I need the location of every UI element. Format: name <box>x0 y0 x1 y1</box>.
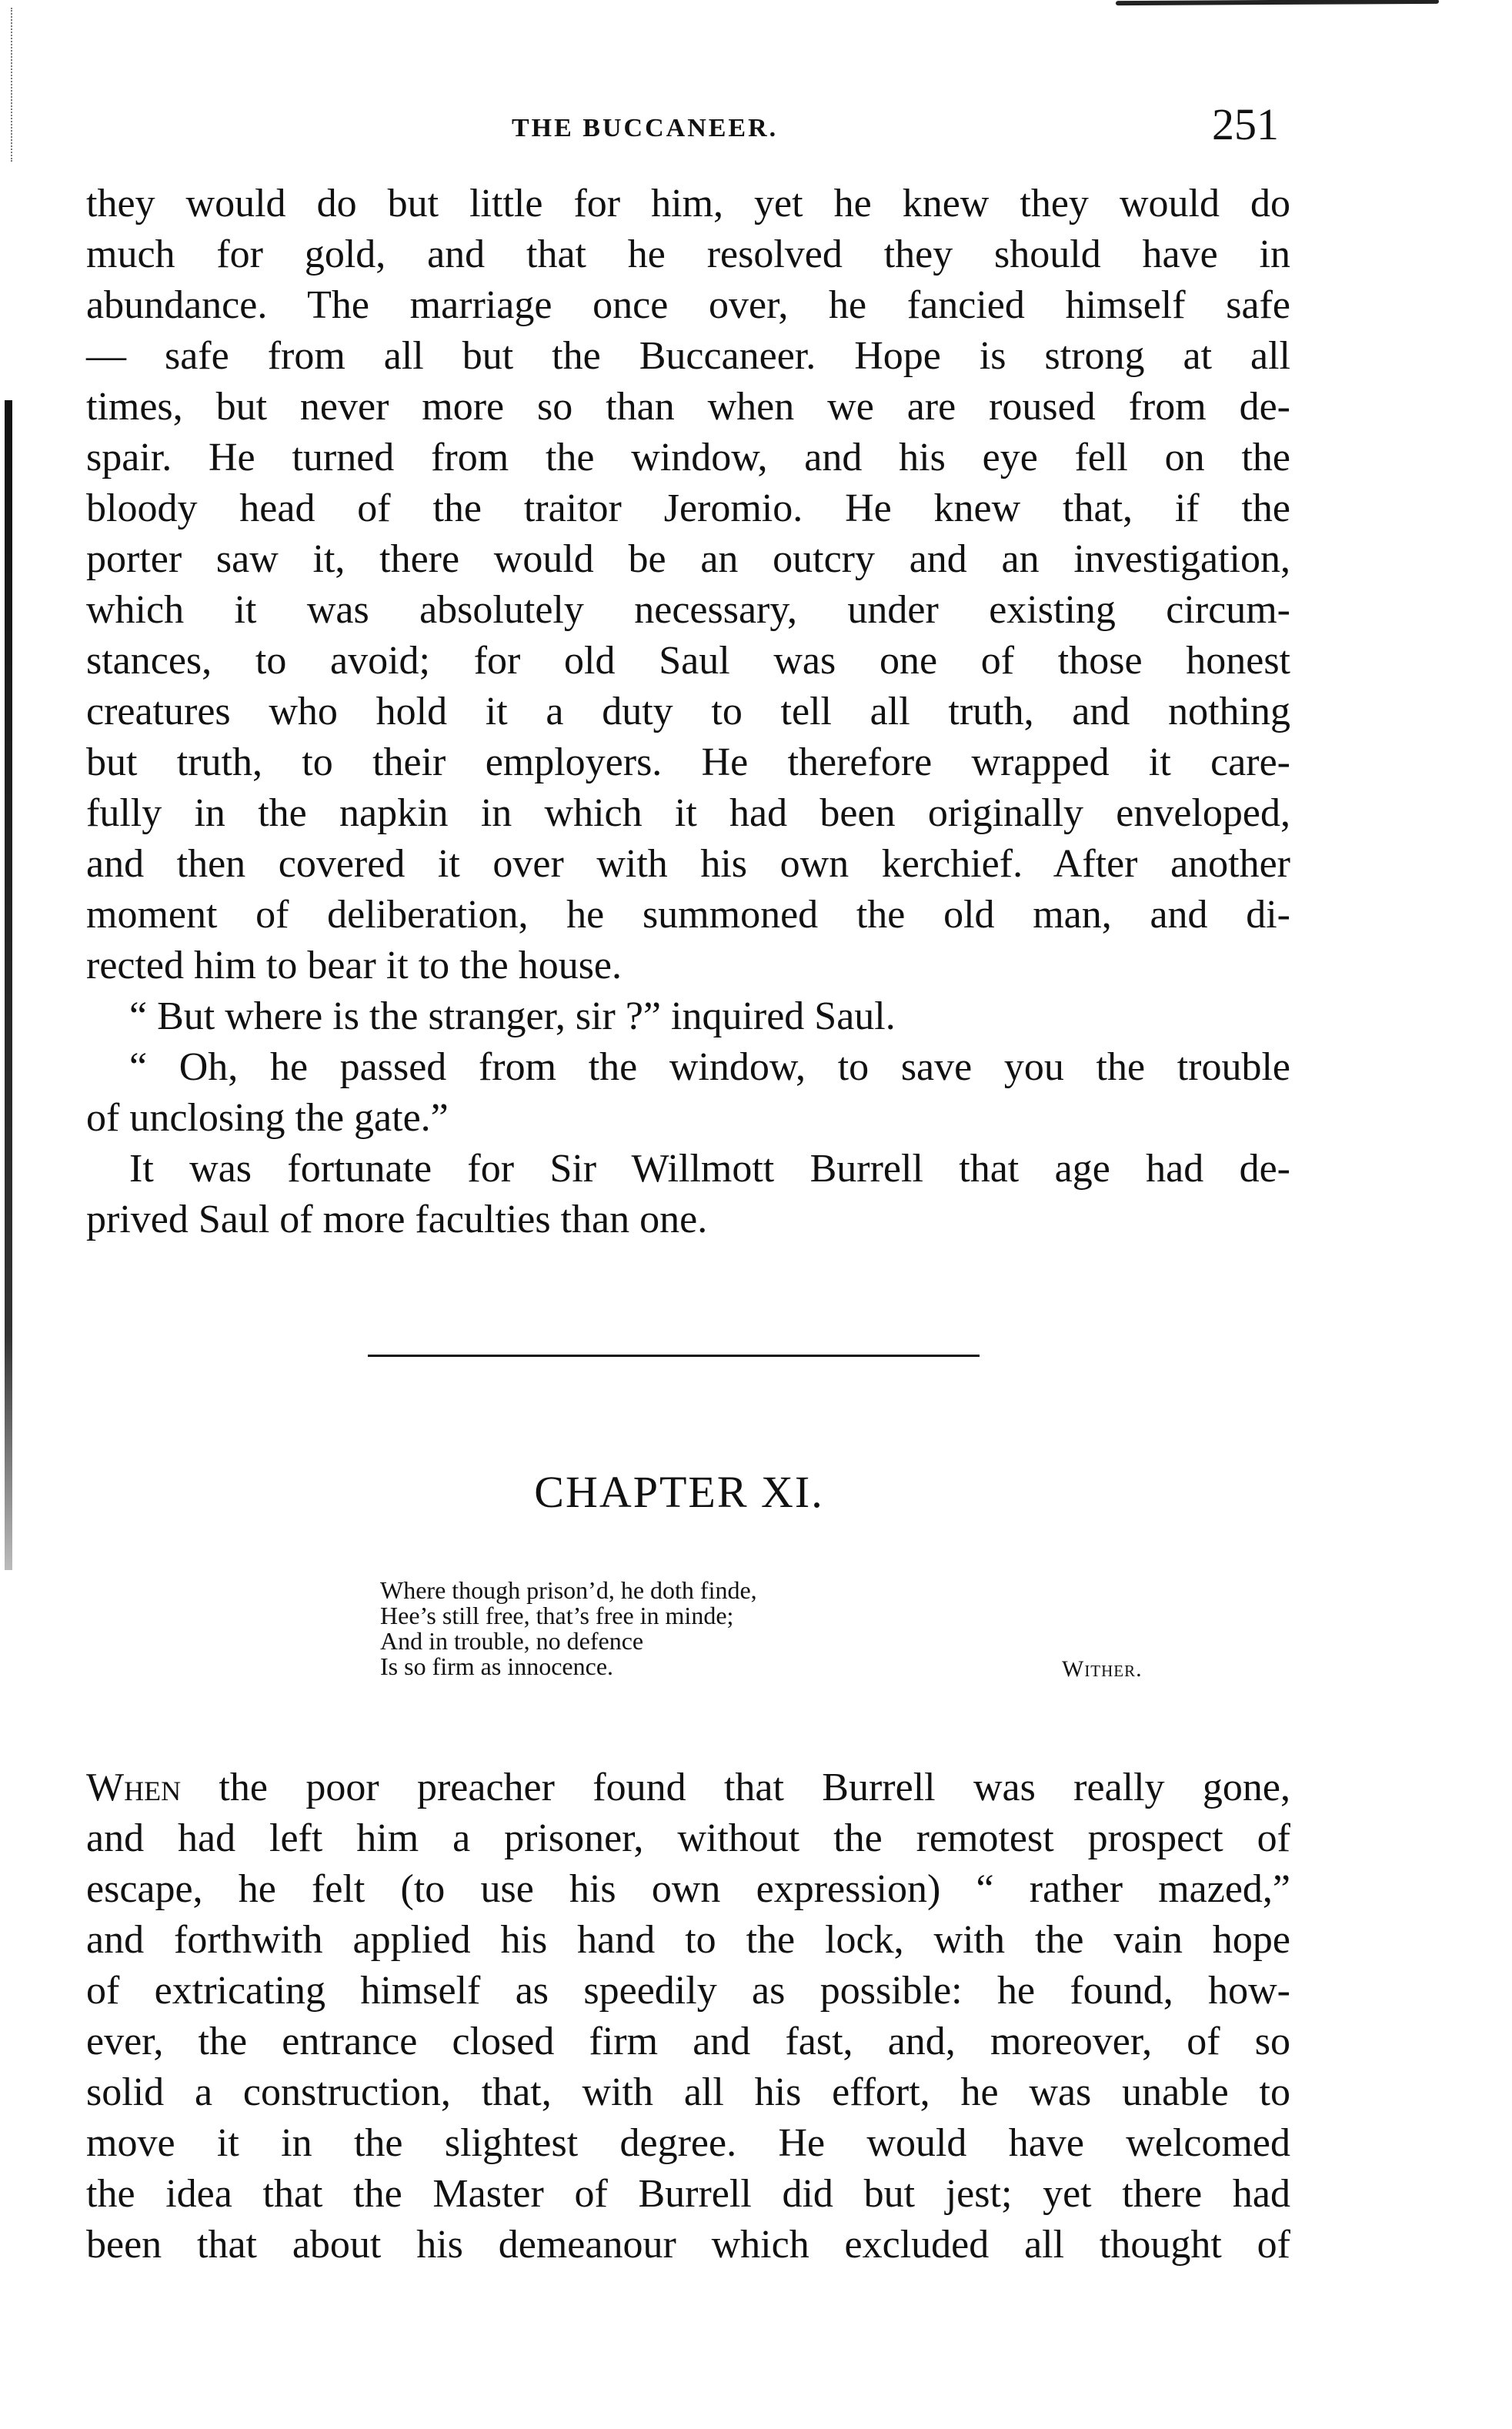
text-line-first: When the poor preacher found that Burrel… <box>86 1762 1290 1813</box>
text-line: prived Saul of more faculties than one. <box>86 1194 1290 1245</box>
text-line: escape, he felt (to use his own expressi… <box>86 1864 1290 1915</box>
text-line: and then covered it over with his own ke… <box>86 839 1290 890</box>
section-divider-rule <box>368 1355 980 1357</box>
chapter-heading: CHAPTER XI. <box>0 1466 1512 1518</box>
epigraph-verse: Where though prison’d, he doth finde, <box>380 1578 1234 1603</box>
running-head: THE BUCCANEER. 251 <box>0 99 1512 145</box>
epigraph-verse: Hee’s still free, that’s free in minde; <box>380 1603 1234 1629</box>
dialogue-line: “ Oh, he passed from the window, to save… <box>86 1042 1290 1093</box>
text-line: It was fortunate for Sir Willmott Burrel… <box>86 1144 1290 1194</box>
text-line: creatures who hold it a duty to tell all… <box>86 687 1290 737</box>
text-line: fully in the napkin in which it had been… <box>86 788 1290 839</box>
text-line: — safe from all but the Buccaneer. Hope … <box>86 331 1290 382</box>
first-line-rest: the poor preacher found that Burrell was… <box>181 1766 1290 1809</box>
page-number: 251 <box>1212 99 1279 150</box>
text-line: been that about his demeanour which excl… <box>86 2220 1290 2270</box>
text-line: much for gold, and that he resolved they… <box>86 229 1290 280</box>
text-line: ever, the entrance closed firm and fast,… <box>86 2016 1290 2067</box>
text-line: rected him to bear it to the house. <box>86 941 1290 991</box>
chapter-title: CHAPTER XI. <box>534 1467 823 1517</box>
text-line: stances, to avoid; for old Saul was one … <box>86 636 1290 687</box>
epigraph-verse: And in trouble, no defence <box>380 1629 1234 1654</box>
scan-artifact-top <box>1116 0 1439 5</box>
text-line: moment of deliberation, he summoned the … <box>86 890 1290 941</box>
opening-word: When <box>86 1766 181 1809</box>
epigraph-attribution: Wither. <box>1062 1656 1143 1682</box>
text-line: and forthwith applied his hand to the lo… <box>86 1915 1290 1966</box>
text-line: bloody head of the traitor Jeromio. He k… <box>86 483 1290 534</box>
text-line: porter saw it, there would be an outcry … <box>86 534 1290 585</box>
text-line: of extricating himself as speedily as po… <box>86 1966 1290 2016</box>
text-line: which it was absolutely necessary, under… <box>86 585 1290 636</box>
book-page: THE BUCCANEER. 251 they would do but lit… <box>0 0 1512 2429</box>
dialogue-line: of unclosing the gate.” <box>86 1093 1290 1144</box>
text-line: they would do but little for him, yet he… <box>86 179 1290 229</box>
text-line: times, but never more so than when we ar… <box>86 382 1290 433</box>
text-line: the idea that the Master of Burrell did … <box>86 2169 1290 2220</box>
section-1-text: they would do but little for him, yet he… <box>86 179 1290 1245</box>
text-line: but truth, to their employers. He theref… <box>86 737 1290 788</box>
scan-artifact-left-edge <box>5 400 12 1570</box>
section-2-text: When the poor preacher found that Burrel… <box>86 1762 1290 2270</box>
text-line: spair. He turned from the window, and hi… <box>86 433 1290 483</box>
text-line: abundance. The marriage once over, he fa… <box>86 280 1290 331</box>
text-line: move it in the slightest degree. He woul… <box>86 2118 1290 2169</box>
text-line: solid a construction, that, with all his… <box>86 2067 1290 2118</box>
text-line: and had left him a prisoner, without the… <box>86 1813 1290 1864</box>
dialogue-line: “ But where is the stranger, sir ?” inqu… <box>86 991 1290 1042</box>
running-title: THE BUCCANEER. <box>512 114 778 143</box>
